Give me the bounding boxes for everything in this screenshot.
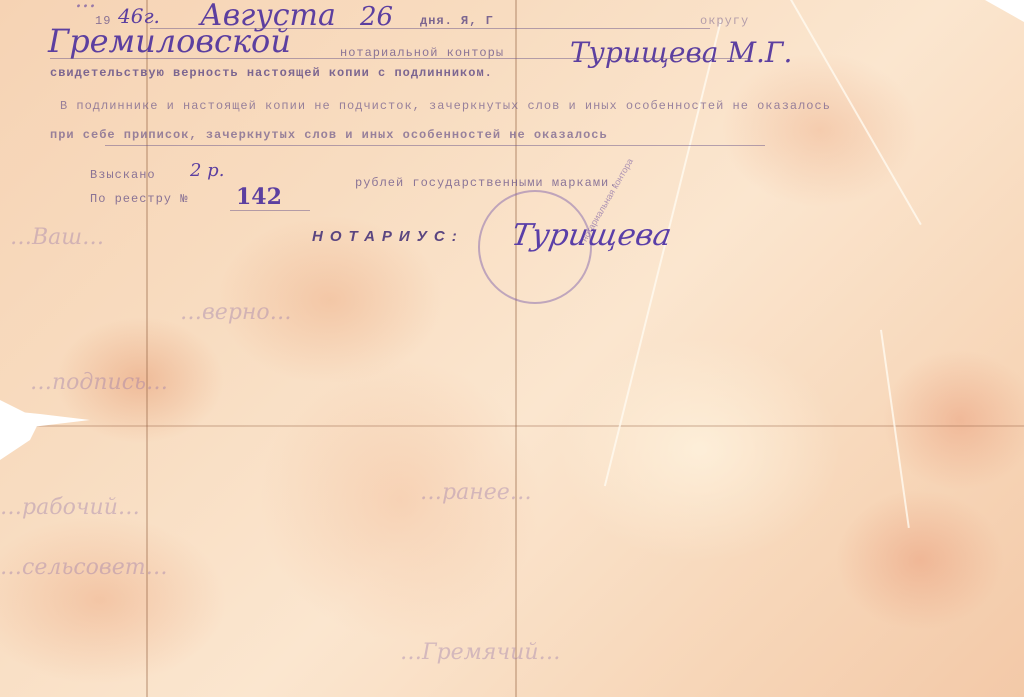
bleed-through-text: …ранее… [420,480,532,505]
notary-name-handwritten: Турищева М.Г. [570,36,792,69]
bleed-through-text: …рабочий… [0,495,140,520]
paper-crease [880,330,910,528]
registry-underline [230,210,310,211]
top-fragment: ... [75,0,96,13]
certification-underline [105,145,765,146]
certification-line-3: при себе приписок, зачеркнутых слов и ин… [50,128,608,142]
bleed-through-text: …сельсовет… [0,555,168,580]
certification-line-1: свидетельствую верность настоящей копии … [50,66,493,80]
bleed-through-text: …подпись… [30,370,168,395]
bleed-through-text: …верно… [180,300,292,325]
notary-signature: Турищева [509,218,674,253]
office-suffix: округу [700,14,749,28]
certification-line-2: В подлиннике и настоящей копии не подчис… [60,99,831,113]
paper-crease [604,20,722,486]
fee-suffix: рублей государственными марками. [355,176,617,190]
fee-label: Взыскано [90,168,156,182]
notary-label: НОТАРИУС: [312,228,464,245]
office-name-handwritten: Гремиловской [48,22,291,60]
bleed-through-text: …Ваш… [10,225,104,250]
registry-label: По реестру № [90,192,188,206]
line2-underline [50,58,750,59]
aged-paper-document: ... 19 46г. Августа 26 дня. Я, Г округу … [0,0,1024,697]
fee-amount-handwritten: 2 р. [190,160,224,181]
bleed-through-text: …Гремячий… [400,640,561,665]
horizontal-fold [0,425,1024,427]
registry-number-handwritten: 142 [236,184,282,210]
day-label: дня. Я, Г [420,14,494,28]
